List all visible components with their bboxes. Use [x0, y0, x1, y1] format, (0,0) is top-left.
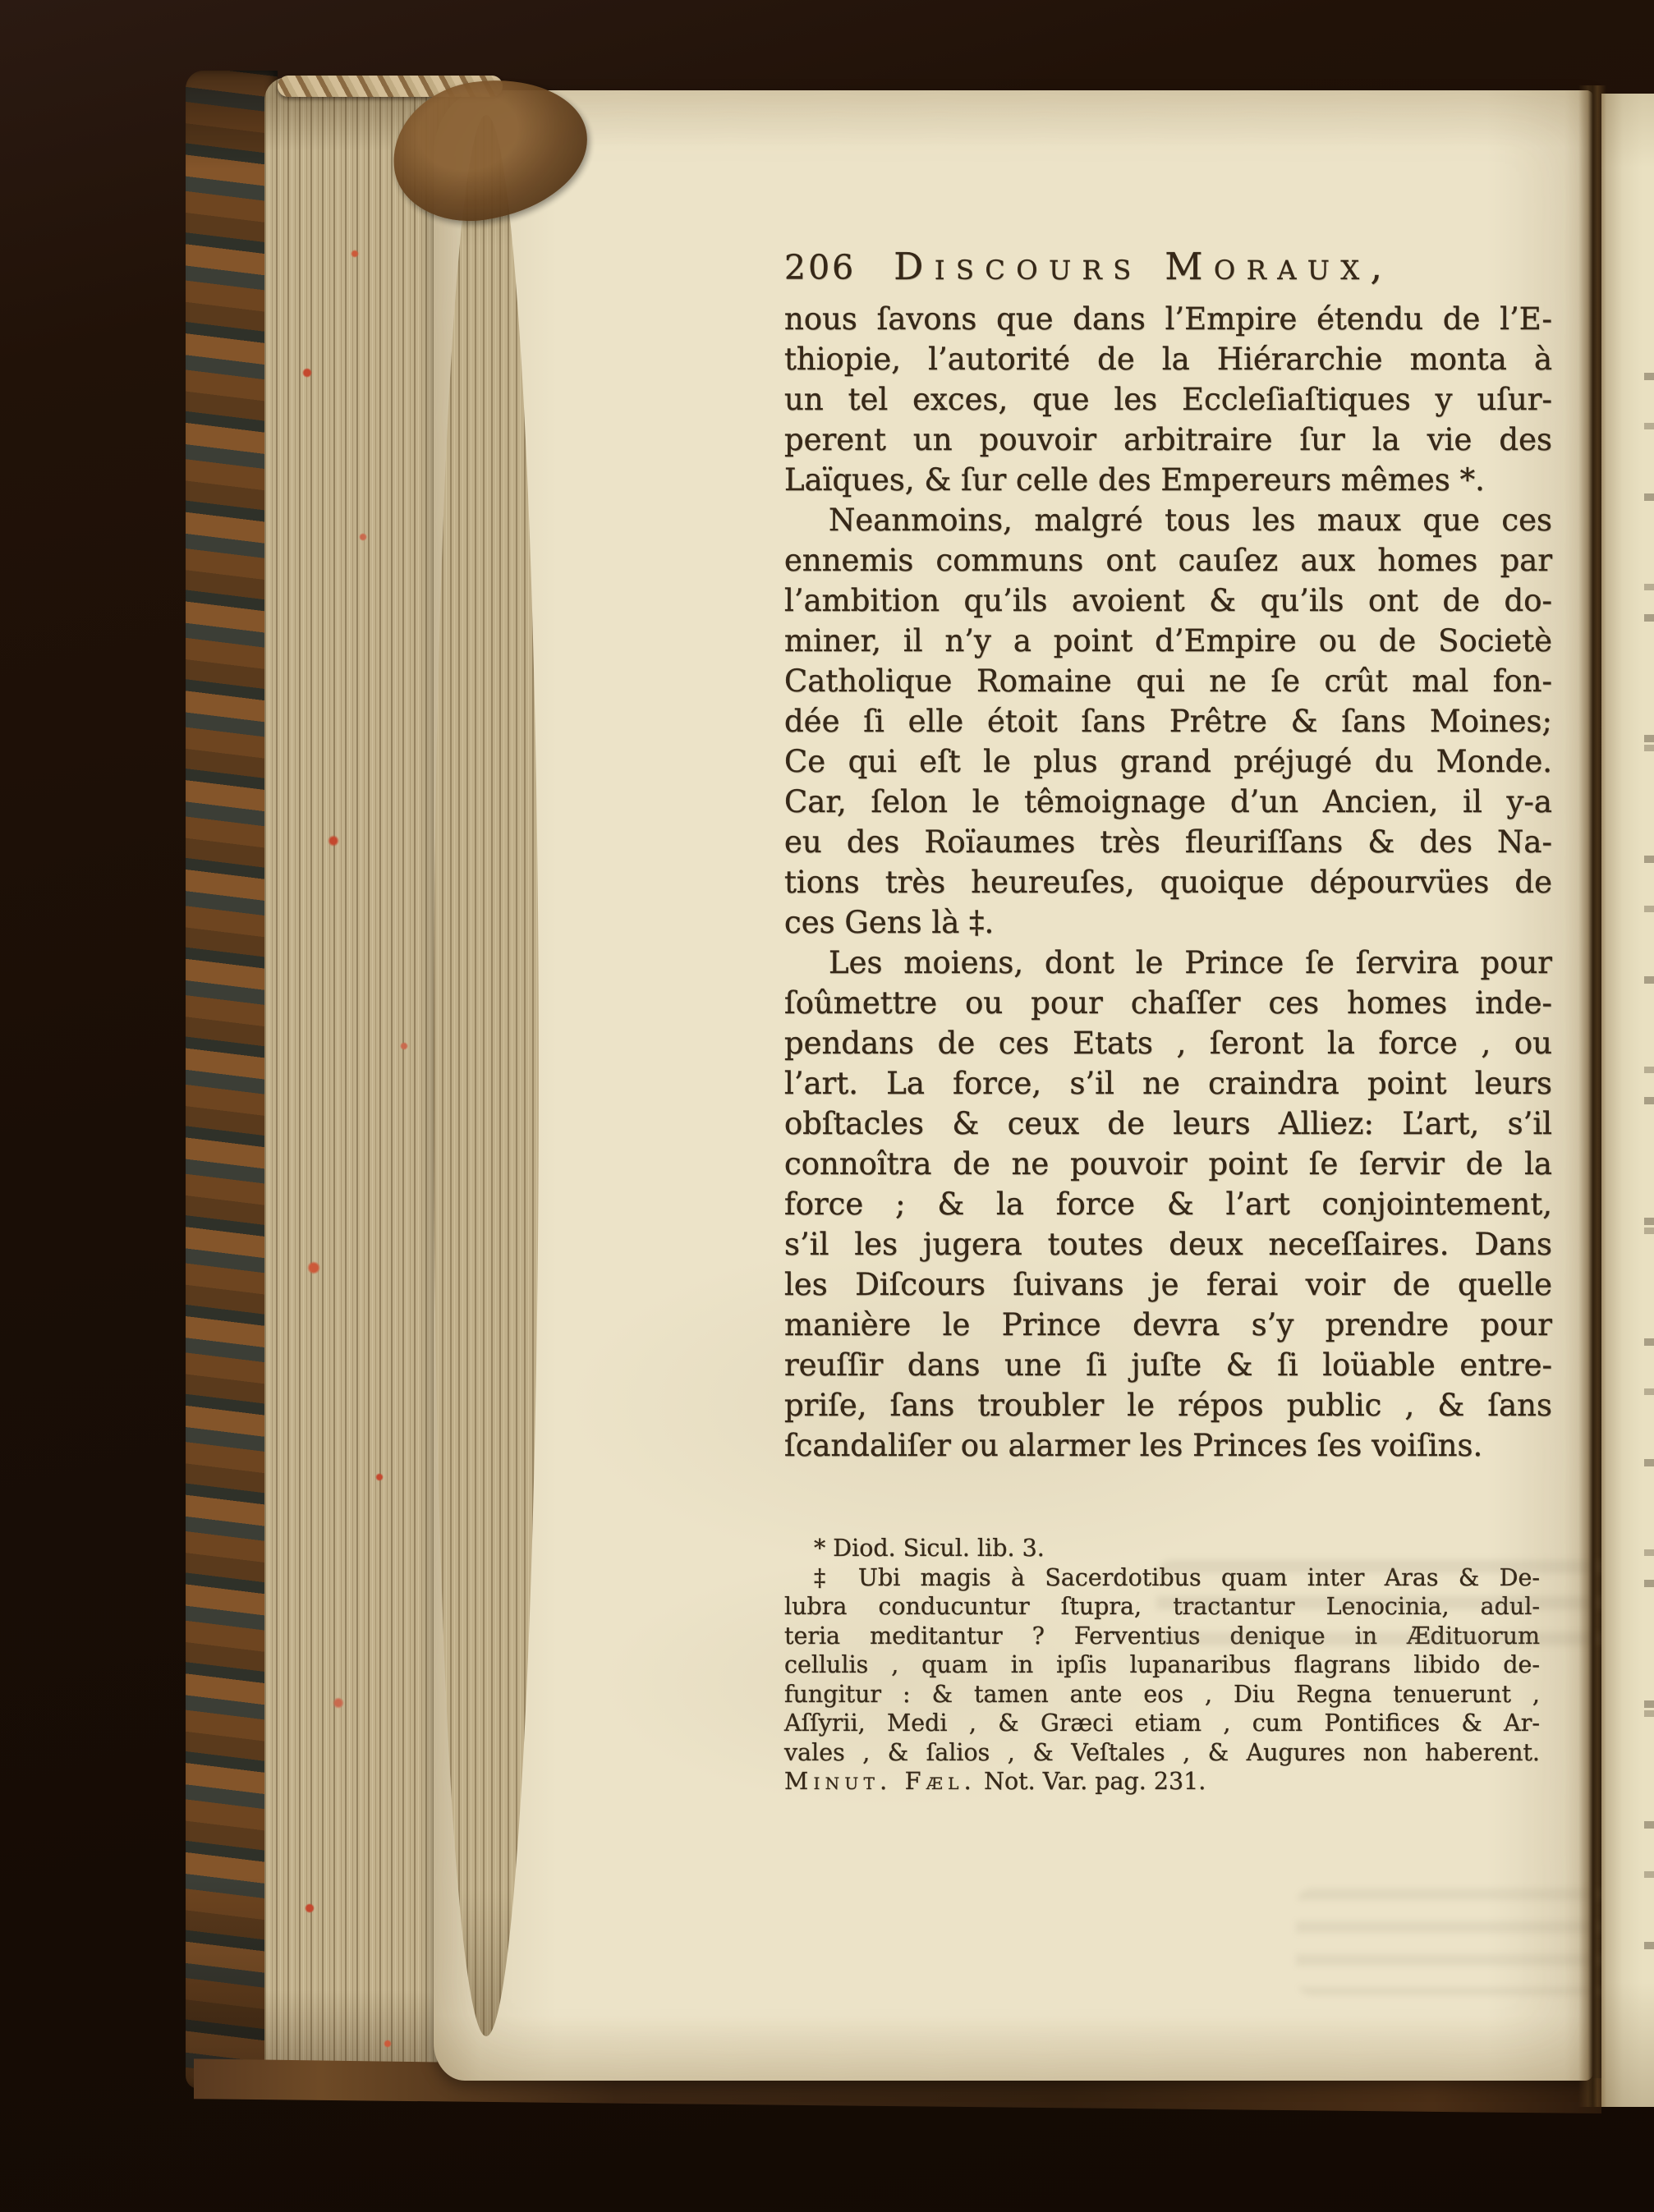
page-number: 206 — [784, 248, 856, 287]
footnote-line: fungitur : & tamen ante eos , Diu Regna … — [784, 1680, 1540, 1709]
body-line: Catholique Romaine qui ne ſe crût mal fo… — [784, 661, 1552, 701]
body-line: thiopie, l’autorité de la Hiérarchie mon… — [784, 339, 1552, 379]
body-text: nous ſavons que dans l’Empire étendu de … — [784, 299, 1552, 1466]
body-line: ſoûmettre ou pour chaſſer ces homes inde… — [784, 983, 1552, 1023]
body-line: Neanmoins, malgré tous les maux que ces — [784, 500, 1552, 540]
footnote-line: teria meditantur ? Ferventius denique in… — [784, 1622, 1540, 1651]
body-line: force ; & la force & l’art conjointement… — [784, 1184, 1552, 1224]
left-page: 206 Discours Moraux, nous ſavons que dan… — [434, 90, 1593, 2081]
running-title: Discours Moraux, — [894, 245, 1393, 288]
body-line: ennemis communs ont cauſez aux homes par — [784, 540, 1552, 581]
body-line: manière le Prince devra s’y prendre pour — [784, 1305, 1552, 1345]
body-line: les Diſcours ſuivans je ferai voir de qu… — [784, 1264, 1552, 1305]
body-line: pendans de ces Etats , ſeront la force ,… — [784, 1023, 1552, 1063]
body-line: ces Gens là ‡. — [784, 902, 1552, 943]
body-line: s’il les jugera toutes deux neceſſaires.… — [784, 1224, 1552, 1264]
body-line: connoîtra de ne pouvoir point ſe ſervir … — [784, 1144, 1552, 1184]
body-line: l’ambition qu’ils avoient & qu’ils ont d… — [784, 581, 1552, 621]
body-line: priſe, ſans troubler le répos public , &… — [784, 1385, 1552, 1425]
book-scan: 206 Discours Moraux, nous ſavons que dan… — [0, 0, 1654, 2212]
facing-page-sliver — [1601, 94, 1654, 2107]
body-line: l’art. La force, s’il ne craindra point … — [784, 1063, 1552, 1104]
footnote-line: lubra conducuntur ſtupra, tractantur Len… — [784, 1592, 1540, 1622]
body-line: Ce qui eſt le plus grand préjugé du Mond… — [784, 741, 1552, 782]
cutoff-text-fragments — [1644, 373, 1654, 1982]
footnote-line: cellulis , quam in ipſis lupanaribus fla… — [784, 1650, 1540, 1680]
body-line: Les moiens, dont le Prince ſe ſervira po… — [784, 943, 1552, 983]
body-line: dée ſi elle étoit ſans Prêtre & ſans Moi… — [784, 701, 1552, 741]
footnote-line: vales , & ſalios , & Veſtales , & Augure… — [784, 1738, 1540, 1768]
body-line: tions très heureuſes, quoique dépourvües… — [784, 862, 1552, 902]
footnotes: * Diod. Sicul. lib. 3.‡ Ubi magis à Sace… — [784, 1534, 1540, 1797]
body-line: Laïques, & ſur celle des Empereurs mêmes… — [784, 460, 1552, 500]
footnote-line: ‡ Ubi magis à Sacerdotibus quam inter Ar… — [784, 1563, 1540, 1593]
body-line: reuſſir dans une ſi juſte & ſi loüable e… — [784, 1345, 1552, 1385]
body-line: un tel exces, que les Eccleſiaſtiques y … — [784, 379, 1552, 420]
footnote-line: * Diod. Sicul. lib. 3. — [784, 1534, 1540, 1563]
gutter-fold-shadow — [1578, 85, 1606, 2107]
body-line: ſcandaliſer ou alarmer les Princes ſes v… — [784, 1425, 1552, 1466]
body-line: perent un pouvoir arbitraire ſur la vie … — [784, 420, 1552, 460]
footnote-citation-smallcaps: Minut. Fæl. — [784, 1768, 976, 1795]
body-line: eu des Roïaumes très fleuriſſans & des N… — [784, 822, 1552, 862]
body-line: miner, il n’y a point d’Empire ou de Soc… — [784, 621, 1552, 661]
footnote-line: Minut. Fæl. Not. Var. pag. 231. — [784, 1767, 1540, 1797]
body-line: nous ſavons que dans l’Empire étendu de … — [784, 299, 1552, 339]
fore-edge-curve — [434, 115, 539, 2036]
body-line: Car, ſelon le têmoignage d’un Ancien, il… — [784, 782, 1552, 822]
running-header: 206 Discours Moraux, — [784, 245, 1552, 296]
body-line: obſtacles & ceux de leurs Alliez: L’art,… — [784, 1104, 1552, 1144]
printed-text-block: 206 Discours Moraux, nous ſavons que dan… — [784, 245, 1552, 1466]
footnote-line: Aſſyrii, Medi , & Græci etiam , cum Pont… — [784, 1709, 1540, 1738]
